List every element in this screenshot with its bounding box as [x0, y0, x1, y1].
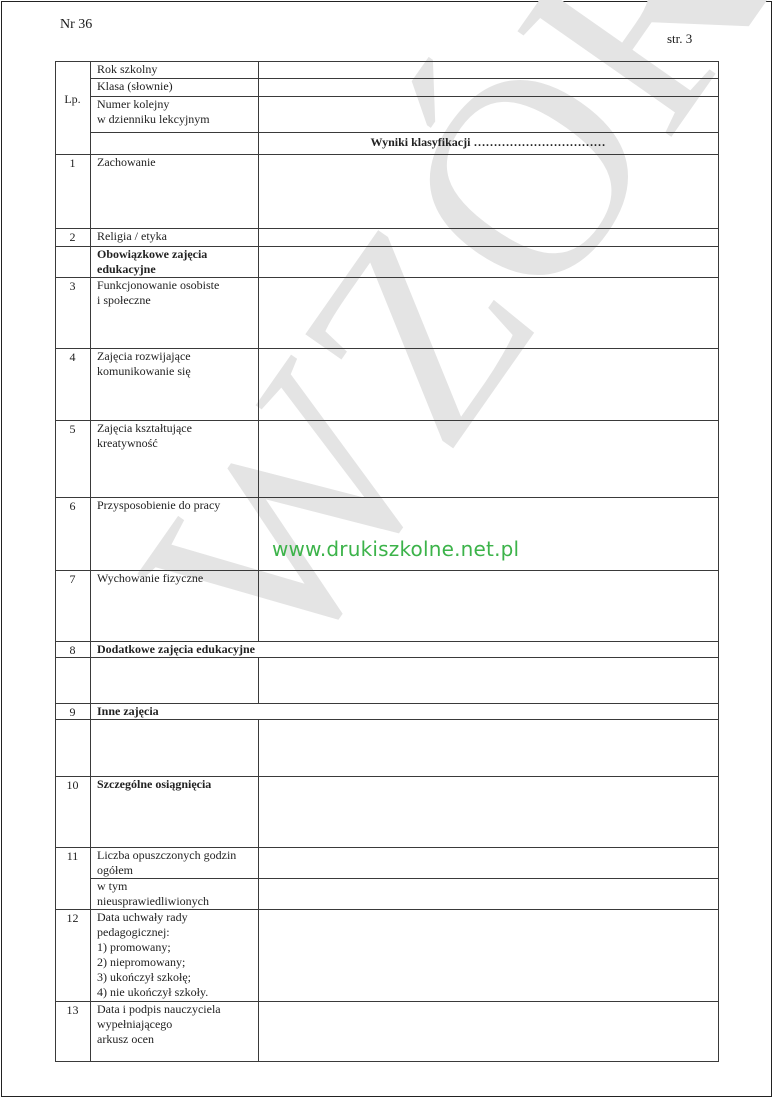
table-rule — [90, 1001, 91, 1062]
row-number: 12 — [55, 911, 90, 926]
table-rule — [90, 228, 91, 247]
meta-label: Numer kolejny w dzienniku lekcyjnym — [97, 97, 255, 127]
row-label: Data i podpis nauczyciela wypełniającego… — [97, 1002, 255, 1047]
row-label: Obowiązkowe zajęcia edukacyjne — [97, 247, 255, 277]
grade-entry-field[interactable] — [259, 571, 718, 641]
table-rule — [90, 246, 91, 278]
grade-entry-field[interactable] — [259, 777, 718, 847]
row-number: 2 — [55, 230, 90, 245]
table-rule — [90, 657, 91, 704]
table-rule — [90, 641, 91, 658]
table-rule — [90, 132, 719, 133]
row-label: Wychowanie fizyczne — [97, 571, 255, 586]
grade-entry-field[interactable] — [259, 278, 718, 348]
row-number: 10 — [55, 778, 90, 793]
row-label: Zajęcia rozwijające komunikowanie się — [97, 349, 255, 379]
row-number: 6 — [55, 499, 90, 514]
grade-entry-field[interactable] — [259, 229, 718, 246]
grade-entry-field[interactable] — [259, 421, 718, 497]
table-rule — [90, 277, 91, 349]
row-number: 13 — [55, 1003, 90, 1018]
table-rule — [90, 154, 91, 229]
table-rule — [90, 909, 91, 1002]
row-label: Szczególne osiągnięcia — [97, 777, 255, 792]
table-rule — [90, 570, 91, 642]
row-label: Zajęcia kształtujące kreatywność — [97, 421, 255, 451]
grade-entry-field[interactable] — [259, 349, 718, 420]
lp-header: Lp. — [55, 92, 90, 107]
row-number: 1 — [55, 156, 90, 171]
row-number: 4 — [55, 350, 90, 365]
row-label: Dodatkowe zajęcia edukacyjne — [97, 642, 715, 657]
table-rule — [90, 420, 91, 498]
table-rule — [90, 703, 91, 720]
grade-entry-field[interactable] — [259, 62, 718, 78]
row-number: 3 — [55, 279, 90, 294]
grade-entry-field[interactable] — [259, 720, 718, 776]
row-number: 11 — [55, 849, 90, 864]
table-rule — [258, 61, 259, 155]
results-header: Wyniki klasyfikacji …………………………… — [258, 135, 718, 150]
table-rule — [90, 61, 91, 155]
row-label: Przysposobienie do pracy — [97, 498, 255, 513]
row-number: 8 — [55, 643, 90, 658]
table-rule — [90, 719, 91, 777]
grade-entry-field[interactable] — [259, 155, 718, 228]
grade-entry-field[interactable] — [259, 658, 718, 703]
meta-label: Rok szkolny — [97, 62, 255, 77]
row-label: Inne zajęcia — [97, 704, 715, 719]
row-number: 7 — [55, 572, 90, 587]
grade-entry-field[interactable] — [259, 1002, 718, 1061]
row-label: Liczba opuszczonych godzin ogółem — [97, 848, 255, 878]
table-rule — [90, 497, 91, 571]
table-rule — [55, 1061, 719, 1062]
row-label: Funkcjonowanie osobiste i społeczne — [97, 278, 255, 308]
table-rule — [90, 776, 91, 848]
row-label: w tym nieusprawiedliwionych — [97, 879, 255, 909]
grade-entry-field[interactable] — [259, 848, 718, 878]
grade-entry-field[interactable] — [259, 910, 718, 1001]
row-label: Zachowanie — [97, 155, 255, 170]
grade-entry-field[interactable] — [259, 97, 718, 132]
table-rule — [90, 348, 91, 421]
table-rule — [90, 878, 91, 910]
table-rule — [90, 847, 91, 879]
grade-entry-field[interactable] — [259, 247, 718, 277]
row-number: 5 — [55, 422, 90, 437]
watermark-url: www.drukiszkolne.net.pl — [272, 537, 519, 561]
row-label: Data uchwały rady pedagogicznej: 1) prom… — [97, 910, 255, 1000]
table-rule — [718, 61, 719, 1062]
grade-entry-field[interactable] — [259, 79, 718, 96]
row-number: 9 — [55, 705, 90, 720]
meta-label: Klasa (słownie) — [97, 79, 255, 94]
grade-entry-field[interactable] — [259, 879, 718, 909]
row-label: Religia / etyka — [97, 229, 255, 244]
